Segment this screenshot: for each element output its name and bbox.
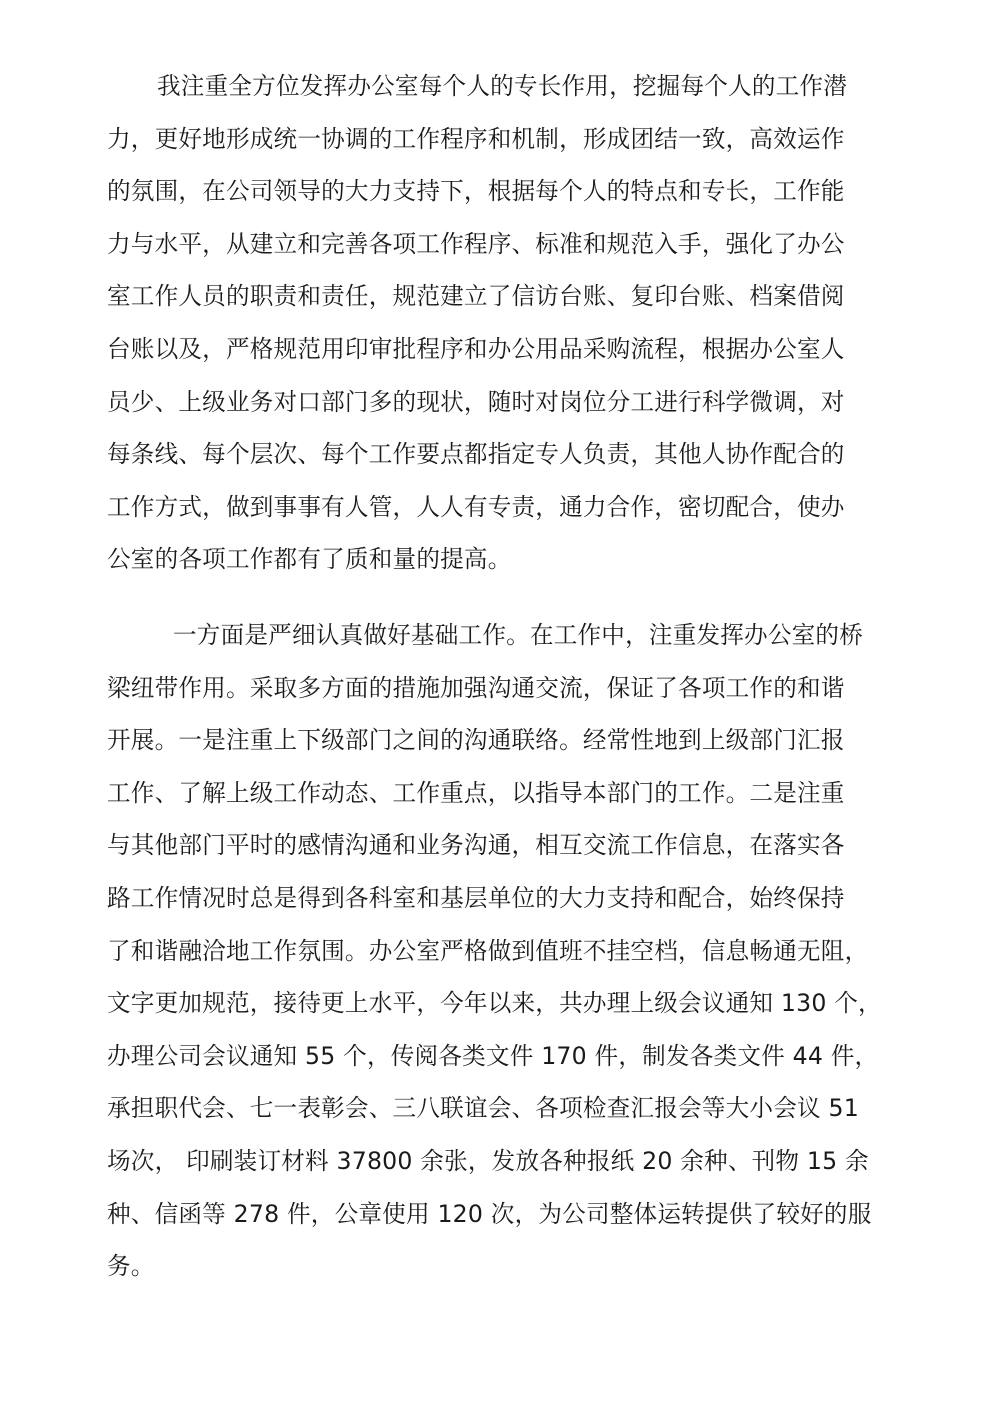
text-line: 的氛围，在公司领导的大力支持下，根据每个人的特点和专长，工作能: [107, 165, 917, 218]
text-line: 路工作情况时总是得到各科室和基层单位的大力支持和配合，始终保持: [107, 872, 917, 925]
text-line: 力，更好地形成统一协调的工作程序和机制，形成团结一致，高效运作: [107, 113, 917, 166]
text-line: 力与水平，从建立和完善各项工作程序、标准和规范入手，强化了办公: [107, 218, 917, 271]
text-line: 公室的各项工作都有了质和量的提高。: [107, 533, 917, 586]
document-page: 我注重全方位发挥办公室每个人的专长作用，挖掘每个人的工作潜 力，更好地形成统一协…: [0, 0, 1000, 1415]
text-line: 工作方式，做到事事有人管，人人有专责，通力合作，密切配合，使办: [107, 481, 917, 534]
text-line: 工作、了解上级工作动态、工作重点，以指导本部门的工作。二是注重: [107, 767, 917, 820]
text-line: 我注重全方位发挥办公室每个人的专长作用，挖掘每个人的工作潜: [107, 60, 917, 113]
text-line: 场次， 印刷装订材料 37800 余张，发放各种报纸 20 余种、刊物 15 余: [107, 1135, 917, 1188]
text-line: 办理公司会议通知 55 个，传阅各类文件 170 件，制发各类文件 44 件，: [107, 1030, 917, 1083]
text-line: 与其他部门平时的感情沟通和业务沟通，相互交流工作信息，在落实各: [107, 819, 917, 872]
text-line: 种、信函等 278 件，公章使用 120 次，为公司整体运转提供了较好的服: [107, 1188, 917, 1241]
text-line: 开展。一是注重上下级部门之间的沟通联络。经常性地到上级部门汇报: [107, 714, 917, 767]
text-line: 一方面是严细认真做好基础工作。在工作中，注重发挥办公室的桥: [107, 609, 917, 662]
paragraph-1: 我注重全方位发挥办公室每个人的专长作用，挖掘每个人的工作潜 力，更好地形成统一协…: [107, 60, 917, 586]
text-line: 文字更加规范，接待更上水平，今年以来，共办理上级会议通知 130 个，: [107, 977, 917, 1030]
text-line: 承担职代会、七一表彰会、三八联谊会、各项检查汇报会等大小会议 51: [107, 1082, 917, 1135]
text-line: 务。: [107, 1240, 917, 1293]
text-line: 台账以及，严格规范用印审批程序和办公用品采购流程，根据办公室人: [107, 323, 917, 376]
text-line: 梁纽带作用。采取多方面的措施加强沟通交流，保证了各项工作的和谐: [107, 662, 917, 715]
paragraph-2: 一方面是严细认真做好基础工作。在工作中，注重发挥办公室的桥 梁纽带作用。采取多方…: [107, 609, 917, 1293]
text-line: 了和谐融洽地工作氛围。办公室严格做到值班不挂空档，信息畅通无阻，: [107, 925, 917, 978]
text-line: 每条线、每个层次、每个工作要点都指定专人负责，其他人协作配合的: [107, 428, 917, 481]
text-line: 员少、上级业务对口部门多的现状，随时对岗位分工进行科学微调，对: [107, 376, 917, 429]
text-line: 室工作人员的职责和责任，规范建立了信访台账、复印台账、档案借阅: [107, 270, 917, 323]
